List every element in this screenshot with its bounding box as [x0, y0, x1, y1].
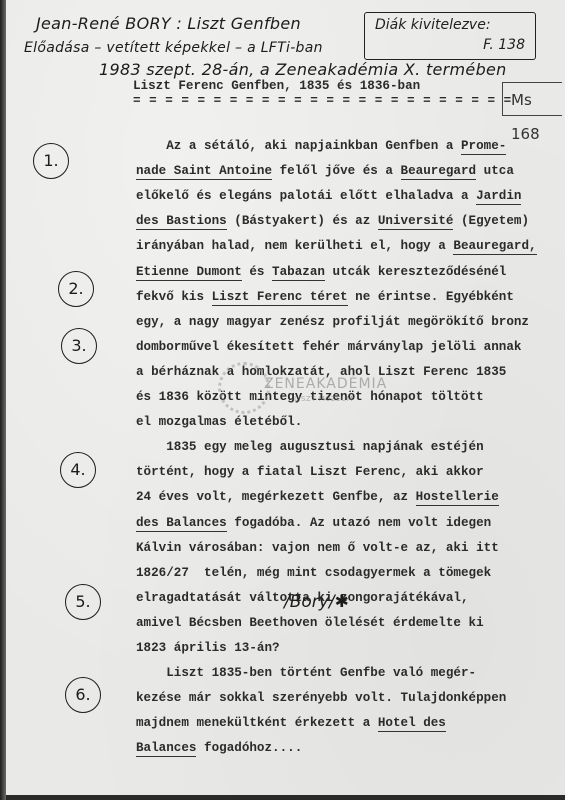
- body-text: 1826/27 telén, még mint csodagyermek a t…: [136, 566, 491, 580]
- underlined-place-name: Hotel des: [378, 716, 446, 732]
- body-line: Liszt 1835-ben történt Genfbe való megér…: [136, 666, 476, 680]
- body-line: kezése már sokkal szerényebb volt. Tulaj…: [136, 691, 506, 705]
- underlined-place-name: Beauregard: [401, 164, 477, 180]
- underlined-place-name: nade Saint Antoine: [136, 164, 272, 180]
- body-line: majdnem menekültként érkezett a Hotel de…: [136, 716, 446, 730]
- body-text: és: [242, 265, 272, 279]
- slide-note-box: Diák kivitelezve: F. 138: [364, 12, 536, 60]
- document-title: Liszt Ferenc Genfben, 1835 és 1836-ban: [133, 79, 420, 93]
- body-text: (Egyetem): [453, 214, 529, 228]
- body-text: irányában halad, nem kerülheti el, hogy …: [136, 239, 453, 253]
- body-text: ne érintse. Egyébként: [348, 290, 514, 304]
- body-line: előkelő és elegáns palotái előtt elhalad…: [136, 189, 521, 203]
- title-underline: = = = = = = = = = = = = = = = = = = = = …: [133, 94, 512, 108]
- underlined-place-name: Jardin: [476, 189, 521, 205]
- underlined-place-name: Etienne Dumont: [136, 265, 242, 281]
- body-line: 24 éves volt, megérkezett Genfbe, az Hos…: [136, 490, 499, 504]
- body-line: egy, a nagy magyar zenész profilját megö…: [136, 315, 529, 329]
- margin-marker-6: 6.: [65, 677, 101, 713]
- document-page: Jean-René BORY : Liszt Genfben Előadása …: [6, 0, 565, 795]
- body-text: 1823 április 13-án?: [136, 641, 280, 655]
- body-text: kezése már sokkal szerényebb volt. Tulaj…: [136, 691, 506, 705]
- body-text: Kálvin városában: vajon nem ő volt-e az,…: [136, 541, 499, 555]
- body-line: des Bastions (Bástyakert) és az Universi…: [136, 214, 529, 228]
- slide-note-line-1: Diák kivitelezve:: [375, 17, 491, 33]
- watermark-name: ZENEAKADÉMIA: [264, 376, 387, 392]
- body-text: történt, hogy a fiatal Liszt Ferenc, aki…: [136, 465, 484, 479]
- body-line: el mozgalmas életéből.: [136, 415, 302, 429]
- margin-marker-2: 2.: [58, 271, 94, 307]
- margin-marker-3: 3.: [61, 328, 97, 364]
- watermark: ZENEAKADÉMIA LISZT MÚZEUM: [264, 376, 387, 392]
- body-line: irányában halad, nem kerülheti el, hogy …: [136, 239, 537, 253]
- underlined-place-name: Beauregard,: [453, 239, 536, 255]
- body-line: amivel Bécsben Beethoven ölelését érdeme…: [136, 616, 484, 630]
- underlined-place-name: Tabazan: [272, 265, 325, 281]
- body-line: Kálvin városában: vajon nem ő volt-e az,…: [136, 541, 499, 555]
- body-text: felől jőve és a: [272, 164, 400, 178]
- margin-marker-1: 1.: [33, 143, 69, 179]
- body-line: 1826/27 telén, még mint csodagyermek a t…: [136, 566, 491, 580]
- body-text: előkelő és elegáns palotái előtt elhalad…: [136, 189, 476, 203]
- handwritten-header-line-1: Jean-René BORY : Liszt Genfben: [36, 14, 301, 33]
- body-text: majdnem menekültként érkezett a: [136, 716, 378, 730]
- body-line: fekvő kis Liszt Ferenc téret ne érintse.…: [136, 290, 514, 304]
- body-text: 1835 egy meleg augusztusi napjának estéj…: [136, 440, 484, 454]
- margin-marker-4: 4.: [60, 452, 96, 488]
- body-text: amivel Bécsben Beethoven ölelését érdeme…: [136, 616, 484, 630]
- handwritten-annotation: /Bory/✱: [284, 592, 349, 612]
- underlined-place-name: des Bastions: [136, 214, 227, 230]
- body-text: el mozgalmas életéből.: [136, 415, 302, 429]
- body-text: 24 éves volt, megérkezett Genfbe, az: [136, 490, 416, 504]
- body-line: 1835 egy meleg augusztusi napjának estéj…: [136, 440, 484, 454]
- underlined-place-name: Université: [378, 214, 454, 230]
- body-text: fogadóba. Az utazó nem volt idegen: [227, 516, 492, 530]
- body-text: utcák kereszteződésénél: [325, 265, 506, 279]
- underlined-place-name: des Balances: [136, 516, 227, 532]
- watermark-subtitle: LISZT MÚZEUM: [294, 395, 353, 403]
- body-text: domborművel ékesített fehér márványlap j…: [136, 340, 521, 354]
- body-line: 1823 április 13-án?: [136, 641, 280, 655]
- underlined-place-name: Balances: [136, 741, 196, 757]
- body-line: Balances fogadóhoz....: [136, 741, 302, 755]
- underlined-place-name: Hostellerie: [416, 490, 499, 506]
- margin-marker-5: 5.: [65, 584, 101, 620]
- body-line: domborművel ékesített fehér márványlap j…: [136, 340, 521, 354]
- body-text: Az a sétáló, aki napjainkban Genfben a: [136, 139, 461, 153]
- body-text: egy, a nagy magyar zenész profilját megö…: [136, 315, 529, 329]
- body-text: fogadóhoz....: [196, 741, 302, 755]
- body-line: történt, hogy a fiatal Liszt Ferenc, aki…: [136, 465, 484, 479]
- underlined-place-name: Liszt Ferenc téret: [212, 290, 348, 306]
- handwritten-header-line-3: 1983 szept. 28-án, a Zeneakadémia X. ter…: [99, 60, 507, 79]
- body-text: (Bástyakert) és az: [227, 214, 378, 228]
- slide-note-line-2: F. 138: [483, 37, 525, 53]
- underlined-place-name: Prome-: [461, 139, 506, 155]
- body-line: nade Saint Antoine felől jőve és a Beaur…: [136, 164, 514, 178]
- body-text: fekvő kis: [136, 290, 212, 304]
- watermark-seal-icon: [218, 362, 270, 414]
- body-line: des Balances fogadóba. Az utazó nem volt…: [136, 516, 491, 530]
- body-line: Etienne Dumont és Tabazan utcák kereszte…: [136, 265, 506, 279]
- body-text: utca: [476, 164, 514, 178]
- body-line: Az a sétáló, aki napjainkban Genfben a P…: [136, 139, 506, 153]
- body-text: Liszt 1835-ben történt Genfbe való megér…: [136, 666, 476, 680]
- handwritten-header-line-2: Előadása – vetített képekkel – a LFTi-ba…: [24, 40, 323, 56]
